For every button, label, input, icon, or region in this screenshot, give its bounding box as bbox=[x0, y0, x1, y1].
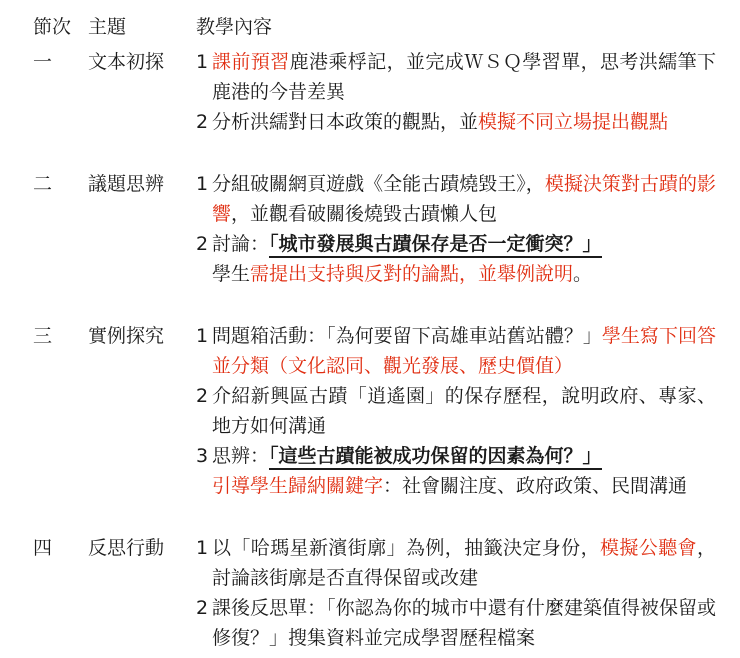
content-cell: 1問題箱活動：「為何要留下高雄車站舊站體？」學生寫下回答並分類（文化認同、觀光發… bbox=[196, 321, 716, 501]
content-item: 1課前預習鹿港乘桴記，並完成ＷＳＱ學習單，思考洪繻筆下鹿港的今昔差異 bbox=[196, 47, 716, 107]
table-row: 三實例探究1問題箱活動：「為何要留下高雄車站舊站體？」學生寫下回答並分類（文化認… bbox=[33, 321, 716, 501]
text-segment: 。 bbox=[573, 263, 592, 285]
session-cell: 四 bbox=[33, 533, 88, 563]
table-row: 二議題思辨1分組破關網頁遊戲《全能古蹟燒毀王》，模擬決策對古蹟的影響，並觀看破關… bbox=[33, 169, 716, 289]
item-text: 介紹新興區古蹟「逍遙園」的保存歷程，說明政府、專家、地方如何溝通 bbox=[212, 381, 716, 441]
item-text: 課前預習鹿港乘桴記，並完成ＷＳＱ學習單，思考洪繻筆下鹿港的今昔差異 bbox=[212, 47, 716, 107]
content-cell: 1以「哈瑪星新濱街廓」為例，抽籤決定身份，模擬公聽會，討論該街廓是否直得保留或改… bbox=[196, 533, 716, 653]
item-number: 1 bbox=[196, 169, 212, 199]
text-segment: 分析洪繻對日本政策的觀點，並 bbox=[212, 111, 478, 133]
session-cell: 二 bbox=[33, 169, 88, 199]
header-topic: 主題 bbox=[88, 12, 196, 42]
text-segment: 問題箱活動：「為何要留下高雄車站舊站體？」 bbox=[212, 325, 602, 347]
session-cell: 三 bbox=[33, 321, 88, 351]
lesson-plan-document: 節次 主題 教學內容 一文本初探1課前預習鹿港乘桴記，並完成ＷＳＱ學習單，思考洪… bbox=[0, 0, 740, 653]
item-number: 2 bbox=[196, 229, 212, 259]
text-segment: 分組破關網頁遊戲《全能古蹟燒毀王》， bbox=[212, 173, 545, 195]
text-segment: ：社會關注度、政府政策、民間溝通 bbox=[383, 475, 687, 497]
highlighted-text-segment: 引導學生歸納關鍵字 bbox=[212, 475, 383, 497]
text-segment: ，並觀看破關後燒毀古蹟懶人包 bbox=[231, 203, 497, 225]
underlined-question-segment: 「城市發展與古蹟保存是否一定衝突？」 bbox=[269, 233, 602, 258]
item-number: 2 bbox=[196, 593, 212, 623]
table-row: 一文本初探1課前預習鹿港乘桴記，並完成ＷＳＱ學習單，思考洪繻筆下鹿港的今昔差異2… bbox=[33, 47, 716, 137]
item-text: 課後反思單：「你認為你的城市中還有什麼建築值得被保留或修復？」搜集資料並完成學習… bbox=[212, 593, 716, 653]
content-item: 1分組破關網頁遊戲《全能古蹟燒毀王》，模擬決策對古蹟的影響，並觀看破關後燒毀古蹟… bbox=[196, 169, 716, 229]
content-item: 2介紹新興區古蹟「逍遙園」的保存歷程，說明政府、專家、地方如何溝通 bbox=[196, 381, 716, 441]
text-segment: 以「哈瑪星新濱街廓」為例，抽籤決定身份， bbox=[212, 537, 600, 559]
content-cell: 1分組破關網頁遊戲《全能古蹟燒毀王》，模擬決策對古蹟的影響，並觀看破關後燒毀古蹟… bbox=[196, 169, 716, 289]
highlighted-text-segment: 課前預習 bbox=[212, 51, 290, 73]
topic-cell: 文本初探 bbox=[88, 47, 196, 77]
item-number: 1 bbox=[196, 47, 212, 77]
item-number: 1 bbox=[196, 321, 212, 351]
text-segment: 介紹新興區古蹟「逍遙園」的保存歷程，說明政府、專家、地方如何溝通 bbox=[212, 385, 716, 437]
highlighted-text-segment: 模擬公聽會 bbox=[600, 537, 697, 559]
topic-cell: 反思行動 bbox=[88, 533, 196, 563]
header-session: 節次 bbox=[33, 12, 88, 42]
item-text: 討論：「城市發展與古蹟保存是否一定衝突？」學生需提出支持與反對的論點，並舉例說明… bbox=[212, 229, 716, 289]
text-segment: 討論： bbox=[212, 233, 269, 255]
item-number: 1 bbox=[196, 533, 212, 563]
table-row: 四反思行動1以「哈瑪星新濱街廓」為例，抽籤決定身份，模擬公聽會，討論該街廓是否直… bbox=[33, 533, 716, 653]
content-cell: 1課前預習鹿港乘桴記，並完成ＷＳＱ學習單，思考洪繻筆下鹿港的今昔差異2分析洪繻對… bbox=[196, 47, 716, 137]
item-number: 3 bbox=[196, 441, 212, 471]
item-text: 問題箱活動：「為何要留下高雄車站舊站體？」學生寫下回答並分類（文化認同、觀光發展… bbox=[212, 321, 716, 381]
item-number: 2 bbox=[196, 107, 212, 137]
table-body: 一文本初探1課前預習鹿港乘桴記，並完成ＷＳＱ學習單，思考洪繻筆下鹿港的今昔差異2… bbox=[33, 47, 716, 653]
item-text: 分析洪繻對日本政策的觀點，並模擬不同立場提出觀點 bbox=[212, 107, 716, 137]
text-segment: 思辨： bbox=[212, 445, 269, 467]
topic-cell: 議題思辨 bbox=[88, 169, 196, 199]
content-item: 2討論：「城市發展與古蹟保存是否一定衝突？」學生需提出支持與反對的論點，並舉例說… bbox=[196, 229, 716, 289]
item-text: 以「哈瑪星新濱街廓」為例，抽籤決定身份，模擬公聽會，討論該街廓是否直得保留或改建 bbox=[212, 533, 716, 593]
session-cell: 一 bbox=[33, 47, 88, 77]
content-item: 2課後反思單：「你認為你的城市中還有什麼建築值得被保留或修復？」搜集資料並完成學… bbox=[196, 593, 716, 653]
underlined-question-segment: 「這些古蹟能被成功保留的因素為何？」 bbox=[269, 445, 602, 470]
content-item: 1問題箱活動：「為何要留下高雄車站舊站體？」學生寫下回答並分類（文化認同、觀光發… bbox=[196, 321, 716, 381]
item-text: 思辨：「這些古蹟能被成功保留的因素為何？」引導學生歸納關鍵字：社會關注度、政府政… bbox=[212, 441, 716, 501]
content-item: 3思辨：「這些古蹟能被成功保留的因素為何？」引導學生歸納關鍵字：社會關注度、政府… bbox=[196, 441, 716, 501]
item-number: 2 bbox=[196, 381, 212, 411]
highlighted-text-segment: 模擬不同立場提出觀點 bbox=[478, 111, 668, 133]
text-segment: 學生 bbox=[212, 263, 250, 285]
content-item: 2分析洪繻對日本政策的觀點，並模擬不同立場提出觀點 bbox=[196, 107, 716, 137]
highlighted-text-segment: 需提出支持與反對的論點，並舉例說明 bbox=[250, 263, 573, 285]
text-segment: 課後反思單：「你認為你的城市中還有什麼建築值得被保留或修復？」搜集資料並完成學習… bbox=[212, 597, 716, 649]
header-content: 教學內容 bbox=[196, 12, 716, 42]
topic-cell: 實例探究 bbox=[88, 321, 196, 351]
table-header: 節次 主題 教學內容 bbox=[33, 12, 716, 42]
content-item: 1以「哈瑪星新濱街廓」為例，抽籤決定身份，模擬公聽會，討論該街廓是否直得保留或改… bbox=[196, 533, 716, 593]
item-text: 分組破關網頁遊戲《全能古蹟燒毀王》，模擬決策對古蹟的影響，並觀看破關後燒毀古蹟懶… bbox=[212, 169, 716, 229]
